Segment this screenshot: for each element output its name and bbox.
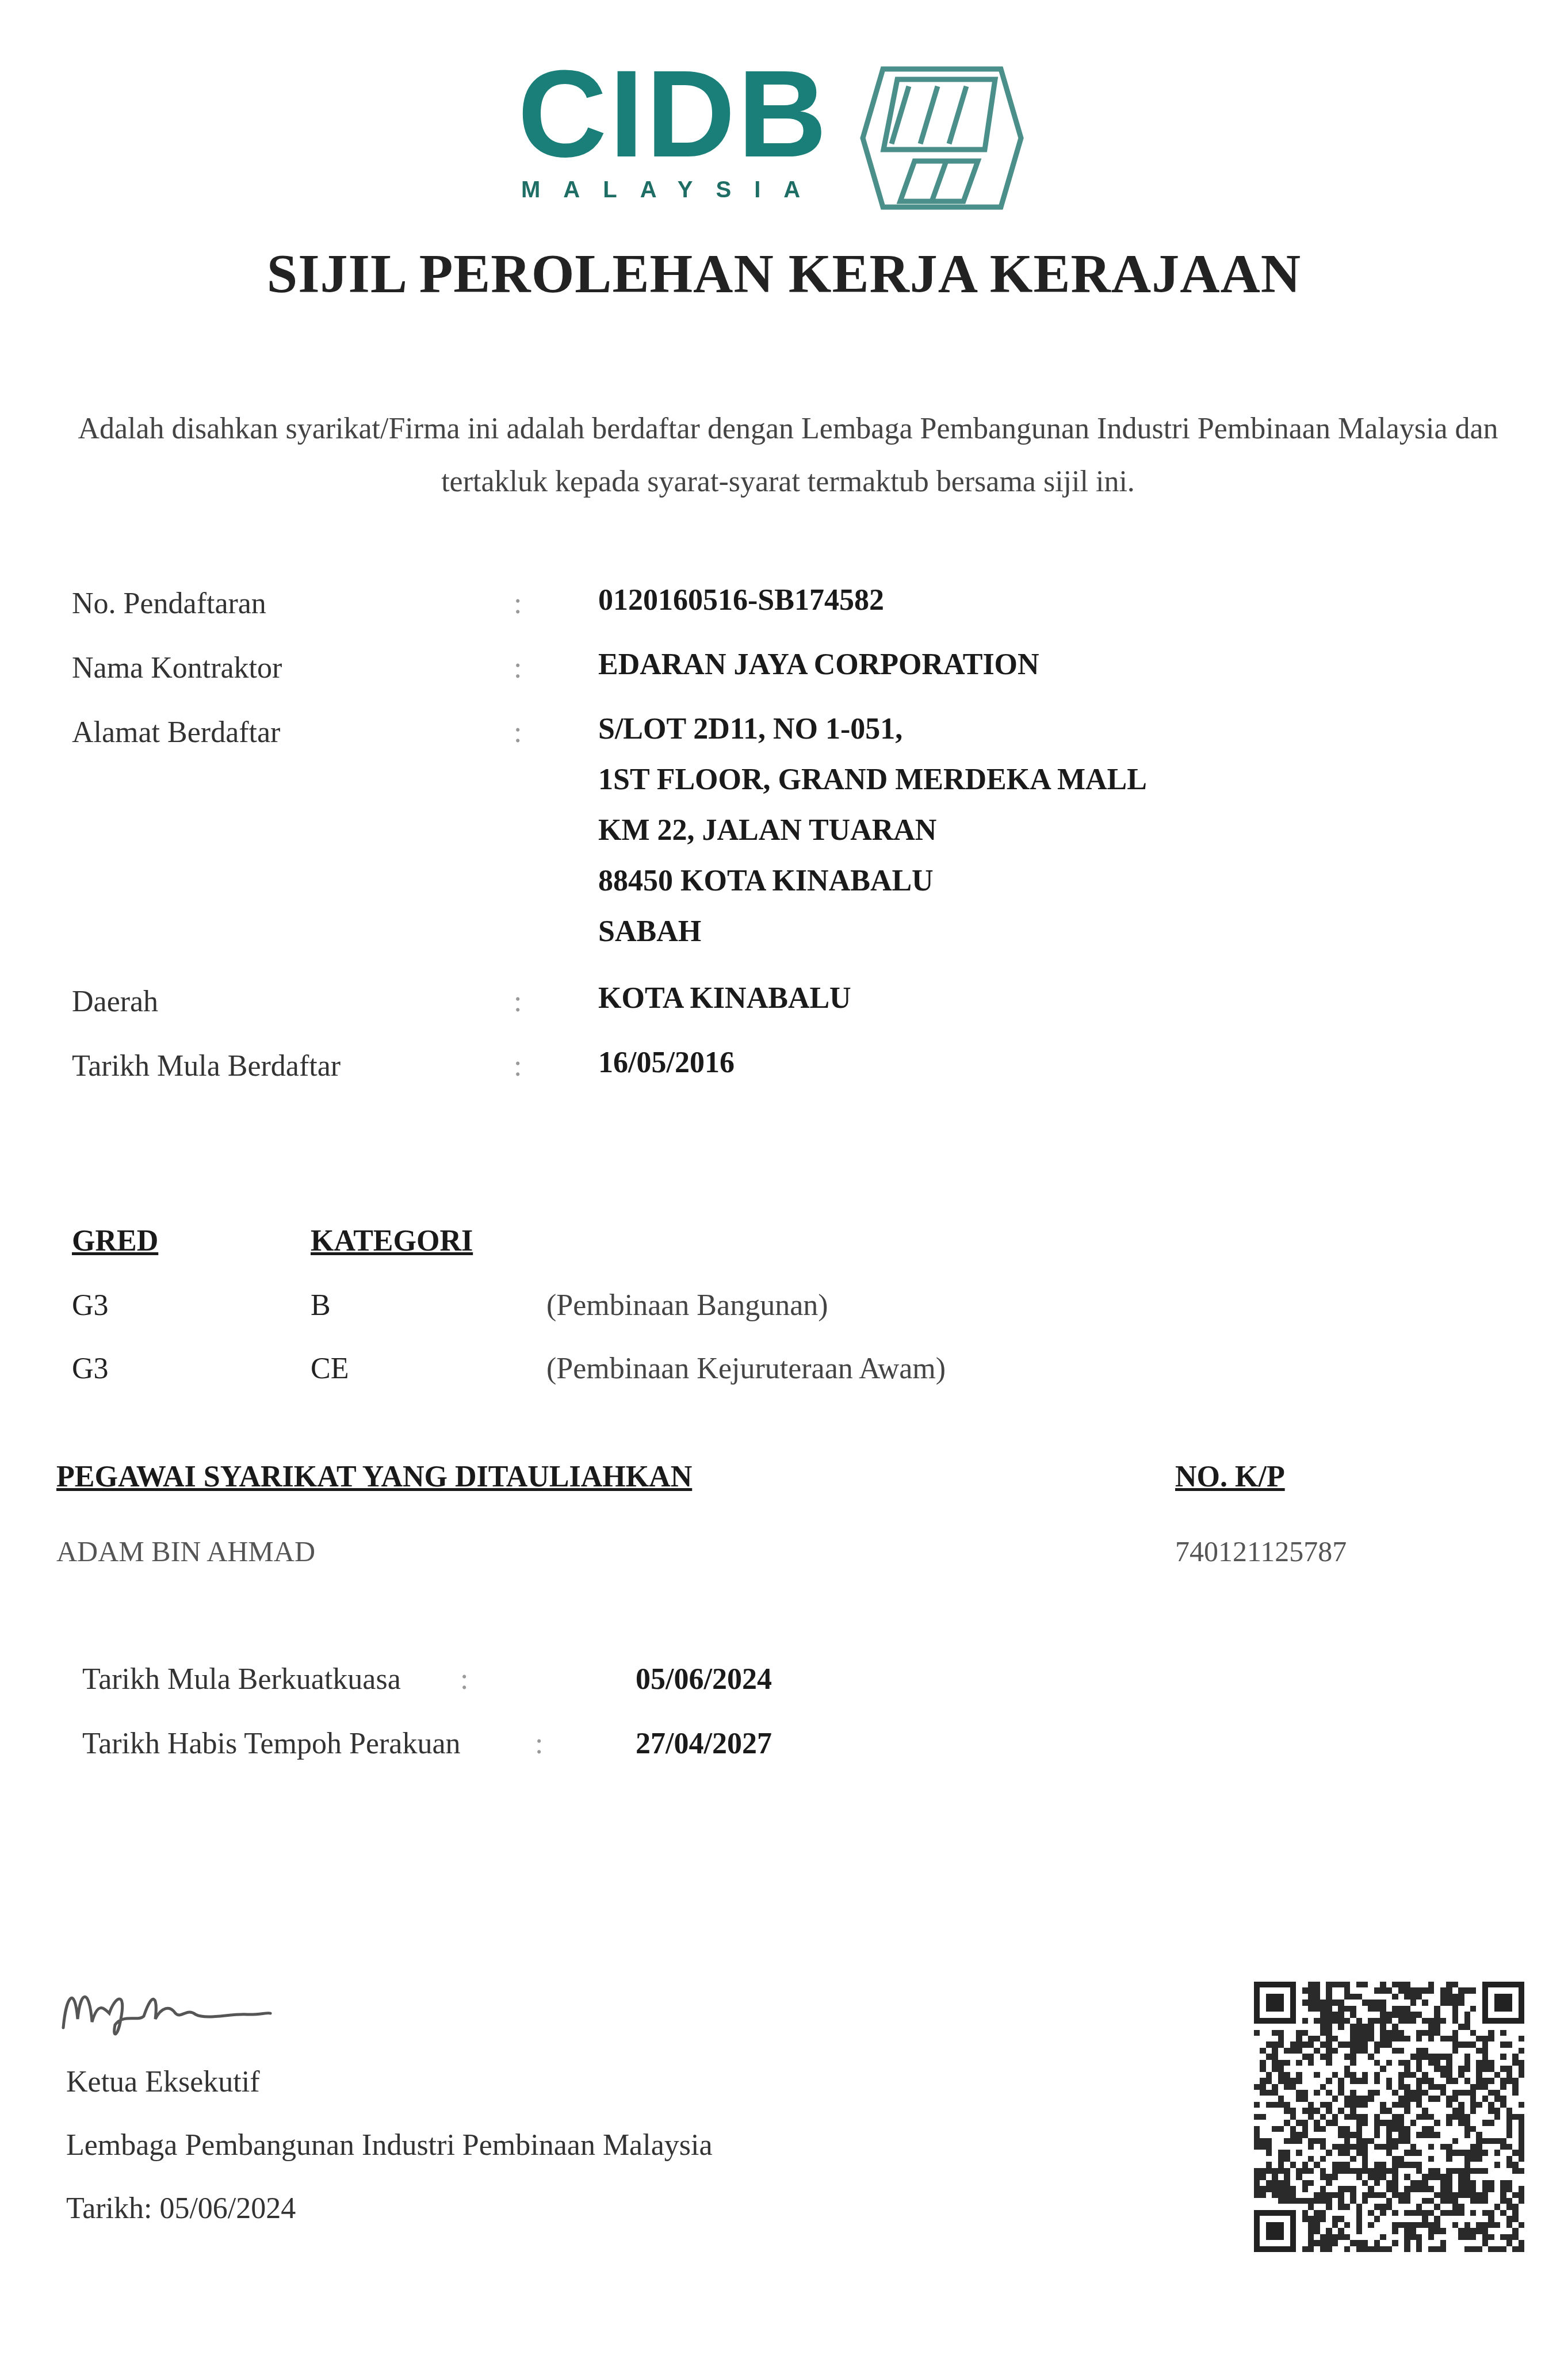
- grade-cell: G3: [72, 1352, 109, 1386]
- colon: :: [514, 716, 522, 750]
- contractor-name-label: Nama Kontraktor: [72, 651, 282, 685]
- certificate-title: SIJIL PEROLEHAN KERJA KERAJAAN: [0, 242, 1568, 305]
- signature-icon: [58, 1973, 403, 2042]
- category-description: (Pembinaan Bangunan): [546, 1289, 828, 1322]
- colon: :: [535, 1727, 543, 1761]
- registration-date-label: Tarikh Mula Berdaftar: [72, 1049, 341, 1083]
- category-cell: B: [311, 1289, 331, 1322]
- cidb-logo: CIDB MALAYSIA: [506, 52, 1024, 219]
- expiry-date-value: 27/04/2027: [636, 1727, 772, 1761]
- address-label: Alamat Berdaftar: [72, 716, 280, 750]
- officer-id: 740121125787: [1175, 1535, 1347, 1568]
- grade-header: GRED: [72, 1224, 158, 1258]
- logo-subtitle: MALAYSIA: [521, 177, 823, 203]
- colon: :: [514, 1049, 522, 1083]
- address-line: KM 22, JALAN TUARAN: [598, 805, 1147, 856]
- expiry-date-label: Tarikh Habis Tempoh Perakuan: [82, 1727, 461, 1761]
- signatory-date: Tarikh: 05/06/2024: [66, 2192, 296, 2226]
- grade-cell: G3: [72, 1289, 109, 1322]
- start-date-label: Tarikh Mula Berkuatkuasa: [82, 1662, 401, 1696]
- officer-name: ADAM BIN AHMAD: [56, 1535, 315, 1568]
- colon: :: [514, 651, 522, 685]
- signatory-organisation: Lembaga Pembangunan Industri Pembinaan M…: [66, 2128, 712, 2162]
- officer-id-header: NO. K/P: [1175, 1460, 1285, 1494]
- qr-code-icon: [1254, 1982, 1524, 2252]
- address-line: S/LOT 2D11, NO 1-051,: [598, 704, 1147, 755]
- registration-no-value: 0120160516-SB174582: [598, 575, 884, 626]
- colon: :: [460, 1662, 468, 1696]
- district-value: KOTA KINABALU: [598, 973, 851, 1024]
- intro-statement: Adalah disahkan syarikat/Firma ini adala…: [52, 403, 1524, 509]
- address-line: 88450 KOTA KINABALU: [598, 856, 1147, 907]
- logo-wordmark: CIDB: [518, 52, 829, 175]
- address-line: SABAH: [598, 907, 1147, 957]
- cidb-emblem-icon: [828, 63, 1024, 213]
- signatory-position: Ketua Eksekutif: [66, 2065, 259, 2099]
- category-cell: CE: [311, 1352, 349, 1386]
- category-description: (Pembinaan Kejuruteraan Awam): [546, 1352, 946, 1386]
- colon: :: [514, 985, 522, 1019]
- officer-name-header: PEGAWAI SYARIKAT YANG DITAULIAHKAN: [56, 1460, 692, 1494]
- registration-no-label: No. Pendaftaran: [72, 587, 266, 621]
- category-header: KATEGORI: [311, 1224, 473, 1258]
- address-line: 1ST FLOOR, GRAND MERDEKA MALL: [598, 755, 1147, 805]
- address-block: S/LOT 2D11, NO 1-051, 1ST FLOOR, GRAND M…: [598, 704, 1147, 957]
- start-date-value: 05/06/2024: [636, 1662, 772, 1696]
- contractor-name-value: EDARAN JAYA CORPORATION: [598, 640, 1039, 690]
- district-label: Daerah: [72, 985, 158, 1019]
- registration-date-value: 16/05/2016: [598, 1038, 735, 1088]
- colon: :: [514, 587, 522, 621]
